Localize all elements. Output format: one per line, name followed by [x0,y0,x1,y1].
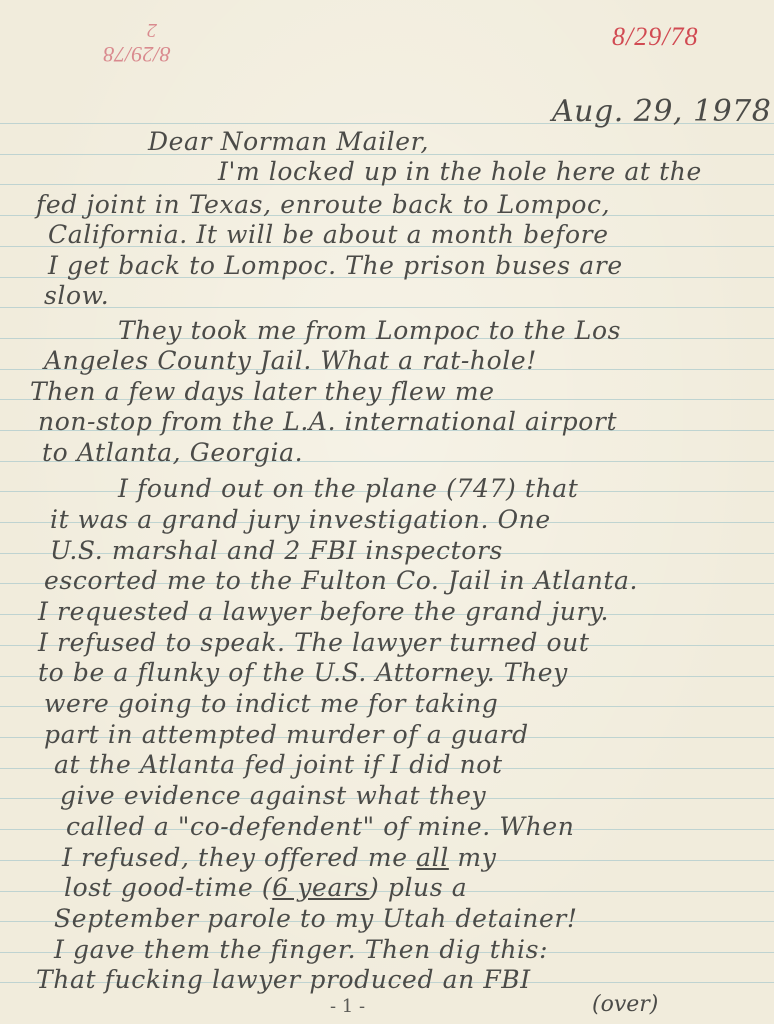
continued-over-note: (over) [592,992,658,1017]
line-text: I refused, they offered me [62,843,408,872]
letter-line: I refused, they offered me all my [62,843,496,872]
letter-line: non-stop from the L.A. international air… [38,407,617,436]
letter-line: it was a grand jury investigation. One [50,505,551,534]
letter-line: U.S. marshal and 2 FBI inspectors [50,536,503,565]
salutation: Dear Norman Mailer, [148,127,429,156]
letter-line: I'm locked up in the hole here at the [218,157,702,186]
red-date-annotation: 8/29/78 [612,22,698,52]
underlined-word: all [416,843,449,872]
letter-line: I gave them the finger. Then dig this: [54,935,548,964]
letter-line: I found out on the plane (747) that [118,474,578,503]
letter-page: 8/29/78 2 8/29/78 Aug. 29, 1978 Dear Nor… [0,0,774,1024]
letter-line: fed joint in Texas, enroute back to Lomp… [36,190,610,219]
letter-line: at the Atlanta fed joint if I did not [54,750,503,779]
letter-line: I refused to speak. The lawyer turned ou… [38,628,590,657]
underlined-word: 6 years [272,873,369,902]
letter-line: Angeles County Jail. What a rat-hole! [44,346,537,375]
letter-line: I requested a lawyer before the grand ju… [38,597,609,626]
letter-line: to Atlanta, Georgia. [42,438,303,467]
line-text: ) plus a [369,873,467,902]
upside-down-red-date-annotation: 8/29/78 2 [82,18,192,66]
letter-date: Aug. 29, 1978 [552,94,771,129]
letter-line: part in attempted murder of a guard [44,720,529,749]
letter-line: were going to indict me for taking [44,689,498,718]
letter-line: lost good-time (6 years) plus a [64,873,467,902]
upside-down-sub-mark: 2 [82,18,222,42]
letter-line: escorted me to the Fulton Co. Jail in At… [44,566,638,595]
letter-line: slow. [44,281,109,310]
letter-line: They took me from Lompoc to the Los [118,316,621,345]
letter-line: to be a flunky of the U.S. Attorney. The… [38,658,568,687]
letter-line: give evidence against what they [60,781,486,810]
line-text: my [457,843,496,872]
letter-line: September parole to my Utah detainer! [54,904,578,933]
letter-line: called a "co-defendent" of mine. When [66,812,574,841]
rule-line [0,307,774,308]
line-text: lost good-time ( [64,873,272,902]
page-number: - 1 - [330,996,365,1017]
upside-down-date-text: 8/29/78 [103,42,170,67]
letter-line: California. It will be about a month bef… [48,220,609,249]
letter-line: Then a few days later they flew me [30,377,495,406]
letter-line: I get back to Lompoc. The prison buses a… [48,251,623,280]
letter-line: That fucking lawyer produced an FBI [36,965,531,994]
